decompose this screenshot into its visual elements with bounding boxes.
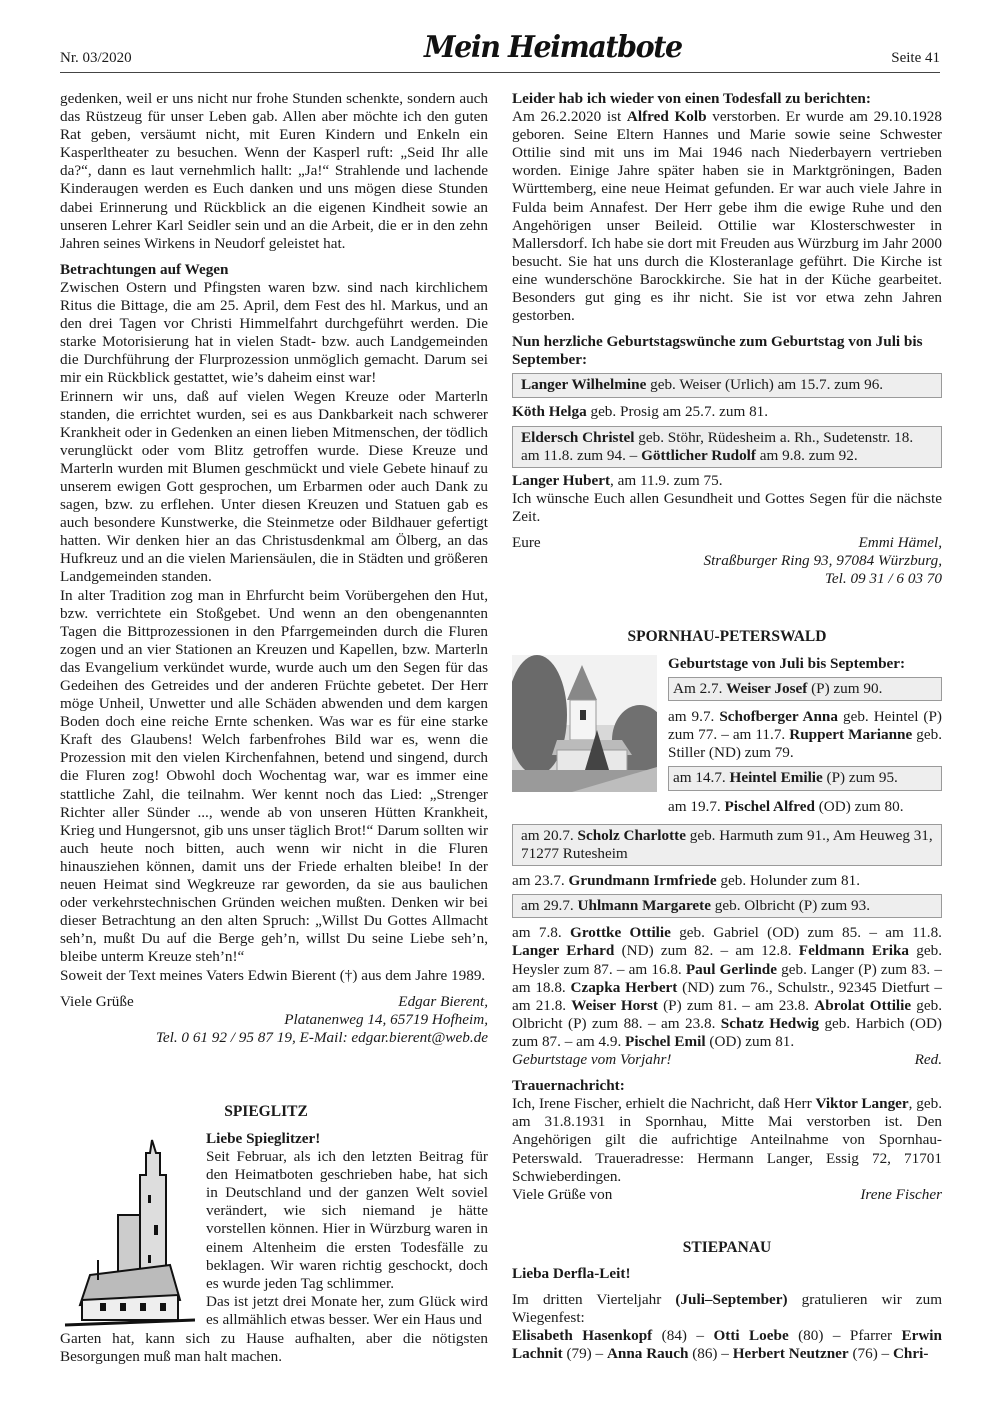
- mourning-title: Trauernachricht:: [512, 1077, 942, 1095]
- mourning-text: Ich, Irene Fischer, erhielt die Nachrich…: [512, 1095, 942, 1185]
- editor-note: Geburtstage vom Vorjahr! Red.: [512, 1051, 942, 1069]
- signature-block: Viele Grüße von Irene Fischer: [512, 1186, 942, 1204]
- birthdays-title: Nun herzliche Geburtstagswünche zum Gebu…: [512, 333, 942, 369]
- paragraph: In alter Tradition zog man in Ehrfurcht …: [60, 587, 488, 967]
- birthday-entry: Köth Helga geb. Prosig am 25.7. zum 81.: [512, 403, 942, 421]
- church-photo: [512, 655, 657, 792]
- stiepanau-salutation: Lieba Derfla-Leit!: [512, 1265, 942, 1283]
- stiepanau-text: Lieba Derfla-Leit! Im dritten Vierteljah…: [512, 1265, 942, 1363]
- wishes: Ich wünsche Euch allen Gesundheit und Go…: [512, 490, 942, 526]
- spornhau-subtitle: Geburtstage von Juli bis September:: [668, 655, 942, 673]
- spieglitz-text-continued: Garten hat, kann sich zu Hause aufhalten…: [60, 1330, 488, 1366]
- birthday-entry: am 9.7. Schofberger Anna geb. Heintel (P…: [668, 708, 942, 762]
- spieglitz-text: Liebe Spieglitzer! Seit Februar, als ich…: [206, 1130, 488, 1329]
- note-signature: Red.: [915, 1051, 942, 1069]
- birthday-entry: am 23.7. Grundmann Irmfriede geb. Holund…: [512, 872, 942, 890]
- intro-paragraph: gedenken, weil er uns nicht nur frohe St…: [60, 90, 488, 253]
- masthead-logo: Mein Heimatbote: [424, 30, 576, 72]
- note: Geburtstage vom Vorjahr!: [512, 1051, 671, 1069]
- greeting: Eure: [512, 534, 541, 552]
- spornhau-title: SPORNHAU-PETERSWALD: [512, 628, 942, 646]
- section-title: Betrachtungen auf Wegen: [60, 261, 488, 279]
- right-column: Leider hab ich wieder von einen Todesfal…: [512, 90, 942, 588]
- stiepanau-title: STIEPANAU: [512, 1239, 942, 1257]
- page-number: Seite 41: [891, 50, 940, 67]
- paragraph: Seit Februar, als ich den letzten Beitra…: [206, 1148, 488, 1293]
- birthday-entry-highlighted: am 20.7. Scholz Charlotte geb. Harmuth z…: [512, 824, 942, 866]
- signature-contact: Tel. 0 61 92 / 95 87 19, E-Mail: edgar.b…: [60, 1029, 488, 1047]
- signature-address: Straßburger Ring 93, 97084 Würzburg,: [512, 552, 942, 570]
- signature-name: Edgar Bierent,: [398, 993, 488, 1011]
- tower-illustration: [60, 1135, 195, 1335]
- stiepanau-intro: Im dritten Vierteljahr (Juli–September) …: [512, 1291, 942, 1327]
- obituary-title: Leider hab ich wieder von einen Todesfal…: [512, 90, 942, 108]
- birthday-entry-highlighted: am 29.7. Uhlmann Margarete geb. Olbricht…: [512, 894, 942, 918]
- spieglitz-title: SPIEGLITZ: [206, 1103, 326, 1121]
- birthday-list: am 7.8. Grottke Ottilie geb. Gabriel (OD…: [512, 924, 942, 1051]
- greeting: Viele Grüße: [60, 993, 134, 1011]
- paragraph: Erinnern wir uns, daß auf vielen Wegen K…: [60, 388, 488, 587]
- signature-block: Eure Emmi Hämel,: [512, 534, 942, 552]
- signature-name: Emmi Hämel,: [858, 534, 942, 552]
- stiepanau-names: Elisabeth Hasenkopf (84) – Otti Loebe (8…: [512, 1327, 942, 1363]
- paragraph: Garten hat, kann sich zu Hause aufhalten…: [60, 1330, 488, 1366]
- birthday-entry-highlighted: am 14.7. Heintel Emilie (P) zum 95.: [668, 766, 942, 790]
- signature-phone: Tel. 09 31 / 6 03 70: [512, 570, 942, 588]
- spieglitz-salutation: Liebe Spieglitzer!: [206, 1130, 488, 1148]
- spornhau-entries-top: Geburtstage von Juli bis September: Am 2…: [668, 655, 942, 816]
- birthday-entry-highlighted: Am 2.7. Weiser Josef (P) zum 90.: [668, 677, 942, 701]
- paragraph: Das ist jetzt drei Monate her, zum Glück…: [206, 1293, 488, 1329]
- obituary-text: Am 26.2.2020 ist Alfred Kolb verstorben.…: [512, 108, 942, 325]
- paragraph: Zwischen Ostern und Pfingsten waren bzw.…: [60, 279, 488, 388]
- issue-number: Nr. 03/2020: [60, 50, 132, 67]
- signature-address: Platanenweg 14, 65719 Hofheim,: [60, 1011, 488, 1029]
- greeting: Viele Grüße von: [512, 1186, 612, 1204]
- birthday-entry-highlighted: Eldersch Christel geb. Stöhr, Rüdesheim …: [512, 426, 942, 468]
- signature-name: Irene Fischer: [860, 1186, 942, 1204]
- left-column: gedenken, weil er uns nicht nur frohe St…: [60, 90, 488, 1047]
- birthday-entry: am 19.7. Pischel Alfred (OD) zum 80.: [668, 798, 942, 816]
- birthday-entry-highlighted: Langer Wilhelmine geb. Weiser (Urlich) a…: [512, 373, 942, 397]
- signature-block: Viele Grüße Edgar Bierent,: [60, 993, 488, 1011]
- spornhau-entries-bottom: am 20.7. Scholz Charlotte geb. Harmuth z…: [512, 820, 942, 1204]
- paragraph: Soweit der Text meines Vaters Edwin Bier…: [60, 967, 488, 985]
- birthday-entry: Langer Hubert, am 11.9. zum 75.: [512, 472, 942, 490]
- header-rule: [60, 72, 940, 73]
